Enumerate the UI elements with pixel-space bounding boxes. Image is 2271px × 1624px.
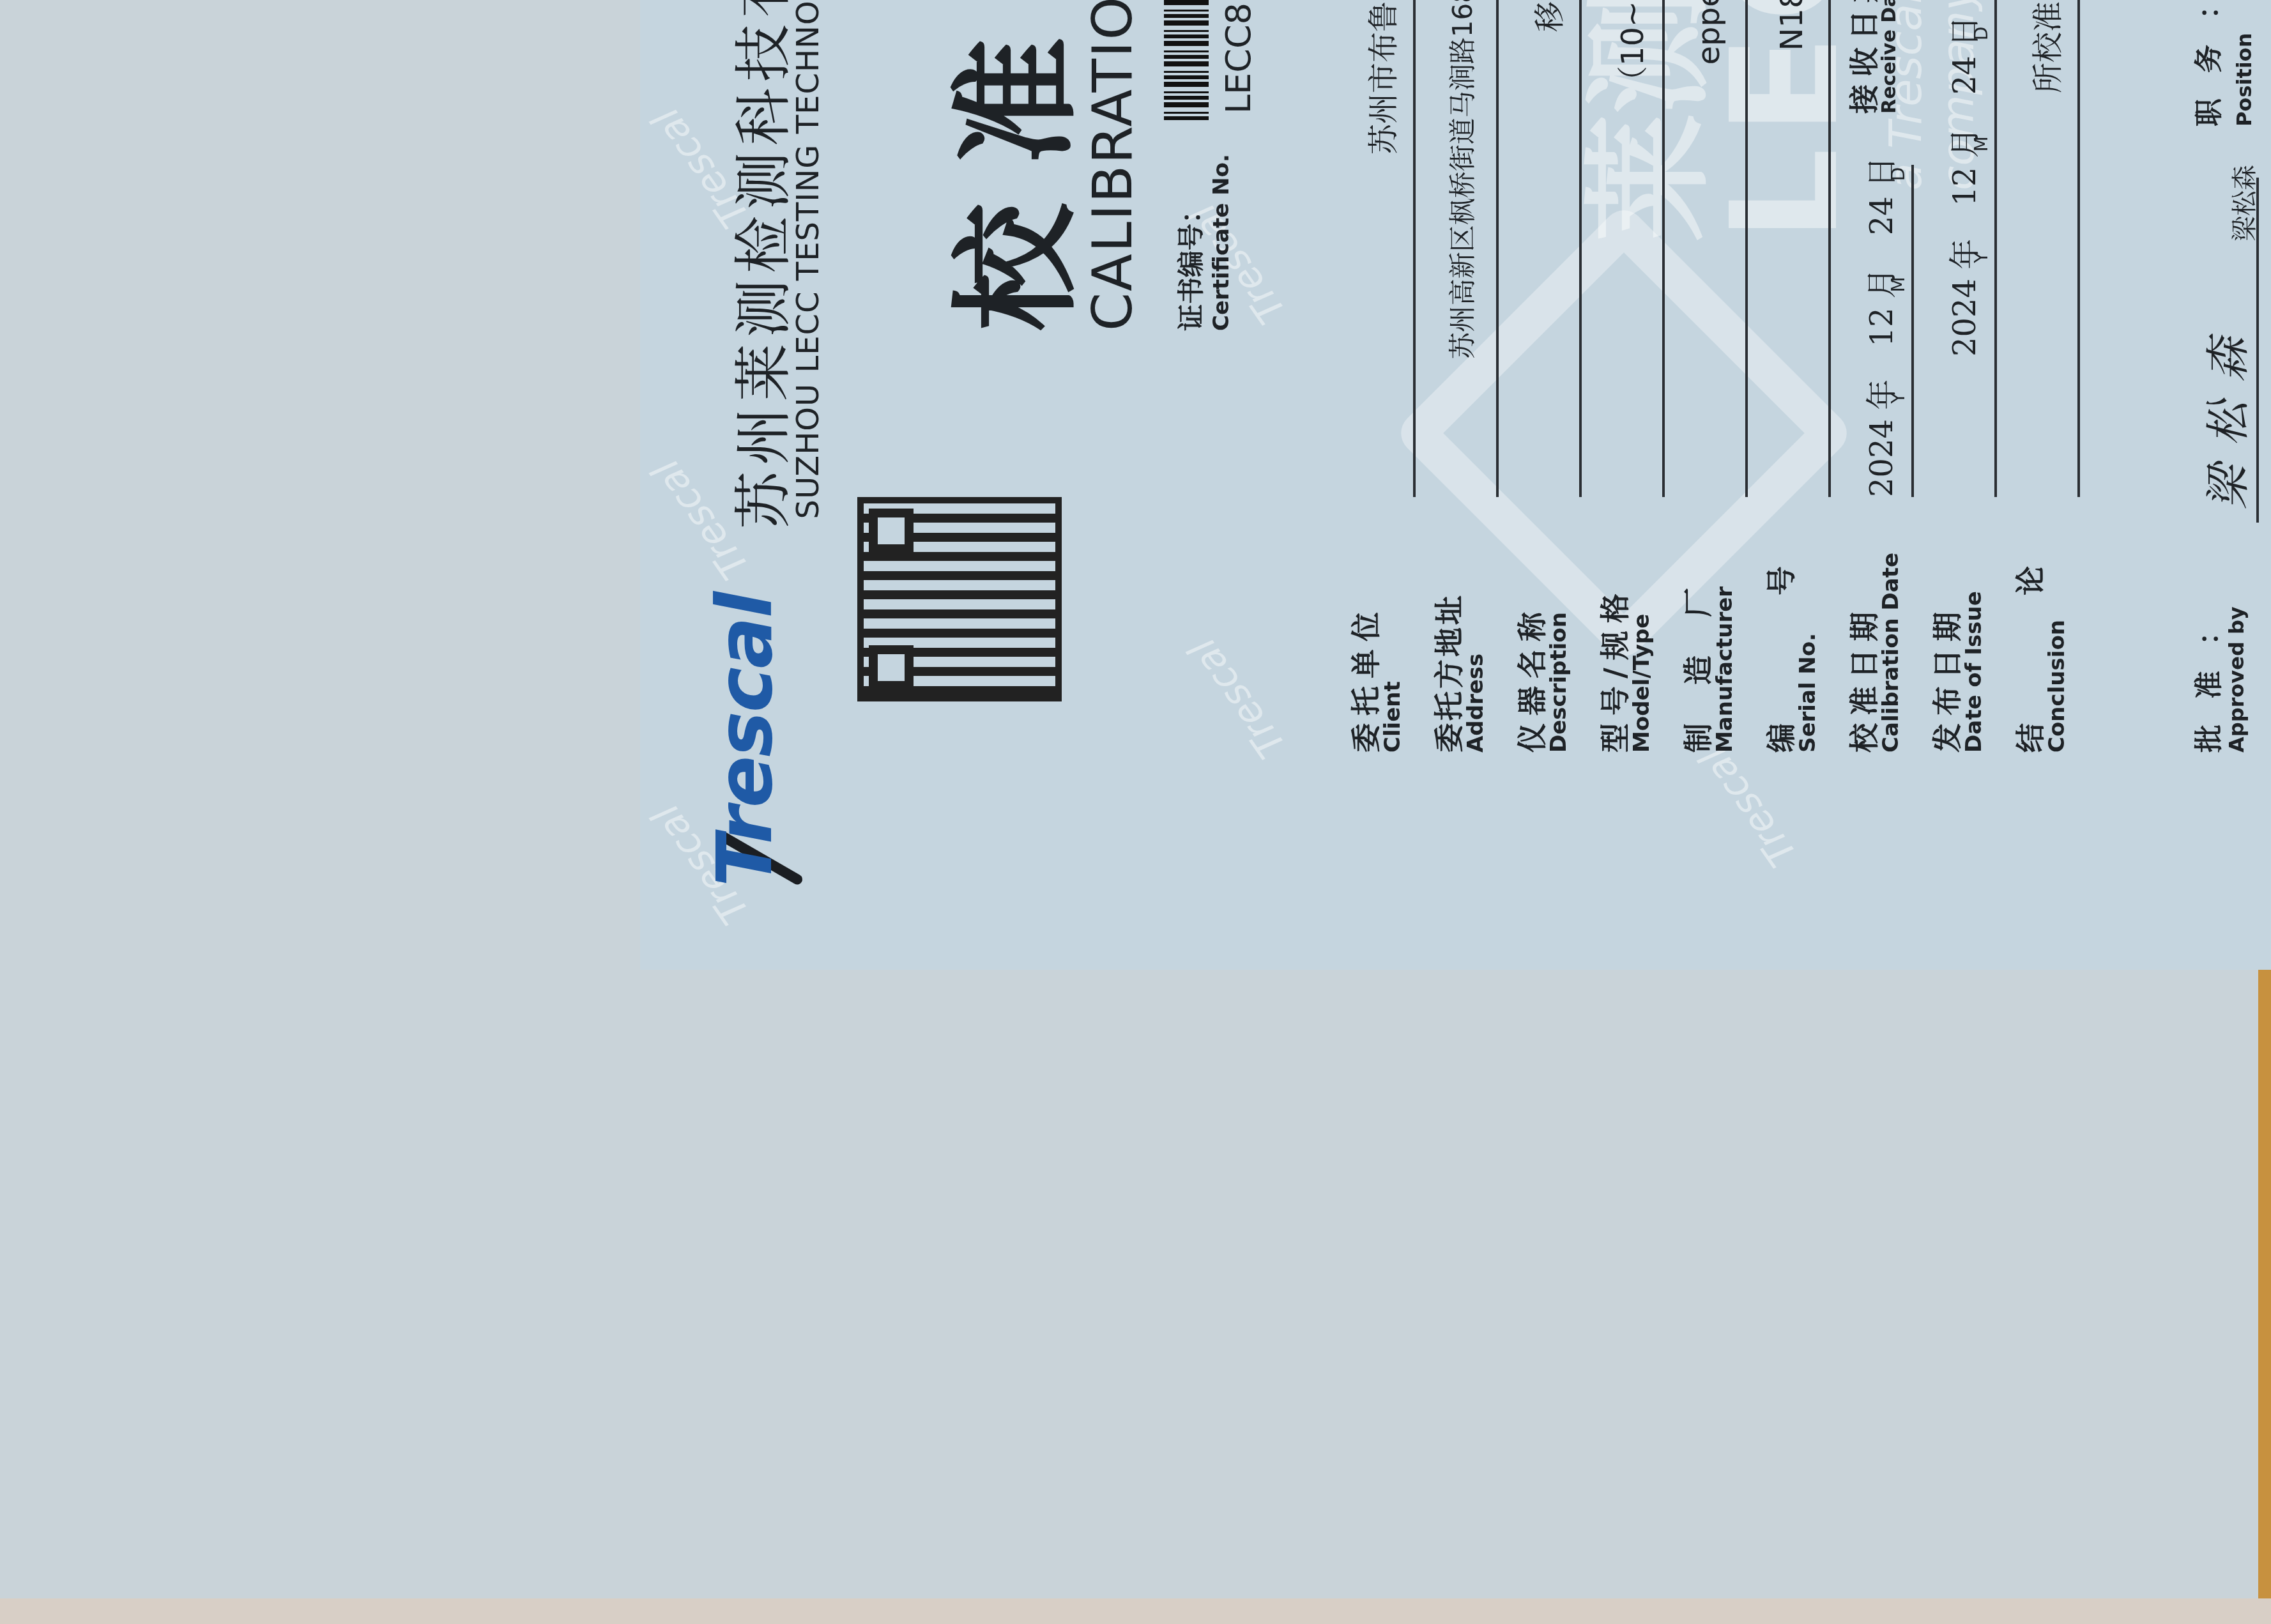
field-value: 移液器 (1525, 0, 1569, 497)
underline (1579, 0, 1582, 497)
printed-name: 梁松森 (2224, 165, 2261, 241)
field-label-en: Manufacturer (1712, 586, 1738, 753)
field-issue-date: 发布日期 Date of Issue 2024年Y 12月M 24日D (1924, 0, 2007, 753)
title-cn: 校准证书 (915, 0, 1098, 331)
calibration-date-value: 2024年Y 12月M 24日D (1857, 134, 1901, 497)
certificate-number-value: LECC81930827 7-001 (1218, 0, 1258, 114)
underline (1994, 0, 1997, 497)
barcode (1164, 0, 1209, 120)
unit-year-en: Y (1971, 252, 1992, 263)
field-label-en: Address (1463, 654, 1488, 753)
field-label-en: Calibration Date (1878, 553, 1904, 753)
field-model: 型号/规格 Model/Type （10~100）μL (1592, 0, 1675, 753)
certificate-page: Trescal Trescal Trescal Trescal Trescal … (640, 0, 2271, 970)
signature-label-en: Approved by (2224, 606, 2249, 753)
company-name-en: SUZHOU LECC TESTING TECHNOLOGY CO.,LTD. (790, 0, 826, 625)
trescal-logo: Trescal (701, 593, 790, 887)
field-value: 所校准项目合格 (2023, 0, 2067, 497)
field-value: N18422J (1774, 0, 1810, 497)
field-value: （10~100）μL (1608, 0, 1652, 497)
watermark: Trescal (1692, 739, 1806, 875)
watermark: Trescal (1181, 630, 1295, 766)
field-value: 苏州市布鲁生物有限公司 (1359, 0, 1403, 497)
signature-label-cn: 批准： (2186, 592, 2227, 753)
underline (1496, 0, 1499, 497)
field-label-en: Description (1546, 612, 1571, 753)
date-year: 2024 (1864, 419, 1900, 497)
unit-month-en: M (1971, 136, 1992, 151)
unit-month-en: M (1888, 277, 1909, 292)
underline (1828, 0, 1831, 497)
company-name-cn: 苏州莱测检测科技有限公司 (717, 0, 800, 625)
field-conclusion: 结论 Conclusion 所校准项目合格 (2007, 0, 2090, 753)
field-value: eppendorf (1691, 0, 1727, 497)
issue-date-value: 2024年Y 12月M 24日D (1940, 0, 1984, 356)
field-calibration-date: 校准日期 Calibration Date 2024年Y 12月M 24日D 接… (1841, 0, 1924, 753)
field-label-en: Receive Date (1878, 0, 1900, 114)
unit-day-en: D (1888, 167, 1909, 181)
field-label-cn: 仪器名称 (1509, 604, 1551, 753)
field-label-cn: 发布日期 (1924, 604, 1966, 753)
field-label-cn: 接收日期 (1841, 0, 1883, 114)
underline (1413, 0, 1416, 497)
unit-day-en: D (1971, 27, 1992, 41)
position-field: 职务： Position 授权签字人 (2186, 0, 2256, 126)
underline (2077, 0, 2080, 497)
underline (2256, 178, 2259, 523)
date-month: 12 (1947, 167, 1983, 206)
certificate-number-label-en: Certificate No. (1209, 154, 1234, 331)
unit-year-en: Y (1888, 393, 1909, 404)
underline (1745, 0, 1748, 497)
title-en: CALIBRATION CERTIFICATE (1081, 0, 1145, 331)
field-label-cn: 委托单位 (1343, 604, 1385, 753)
field-address: 委托方地址 Address 苏州高新区枫桥街道马涧路168号生命健康小镇产业园1… (1426, 0, 1509, 753)
field-label-en: Client (1380, 681, 1405, 753)
position-label-en: Position (2232, 0, 2256, 126)
field-client: 委托单位 Client 苏州市布鲁生物有限公司 (1343, 0, 1426, 753)
certificate-number-label-cn: 证书编号： (1170, 197, 1209, 331)
field-label-cn: 型号/规格 (1592, 586, 1634, 753)
date-year: 2024 (1947, 279, 1983, 356)
underline (1662, 0, 1665, 497)
field-label-cn: 委托方地址 (1426, 593, 1468, 753)
field-label-cn: 制造厂 (1675, 549, 1717, 753)
field-value: 苏州高新区枫桥街道马涧路168号生命健康小镇产业园12幢3楼 (1442, 0, 1480, 497)
field-label-en: Conclusion (2044, 620, 2070, 753)
field-description: 仪器名称 Description 移液器 (1509, 0, 1592, 753)
field-label-en: Date of Issue (1961, 591, 1987, 753)
date-day: 24 (1864, 196, 1900, 235)
qr-code (857, 497, 1062, 701)
position-label-cn: 职务： (2186, 0, 2227, 126)
handwritten-signature: 梁松森 (2192, 318, 2257, 510)
paper-edge (0, 1598, 2271, 1624)
field-label-cn: 校准日期 (1841, 604, 1883, 753)
date-month: 12 (1864, 307, 1900, 346)
field-label-en: Serial No. (1795, 633, 1821, 753)
field-manufacturer: 制造厂 Manufacturer eppendorf (1675, 0, 1758, 753)
field-label-en: Model/Type (1629, 614, 1655, 753)
certificate-fields: 委托单位 Client 苏州市布鲁生物有限公司 委托方地址 Address 苏州… (1343, 0, 2090, 753)
date-day: 24 (1947, 56, 1983, 95)
underline (1911, 165, 1914, 497)
field-serial: 编号 Serial No. N18422J (1758, 0, 1841, 753)
